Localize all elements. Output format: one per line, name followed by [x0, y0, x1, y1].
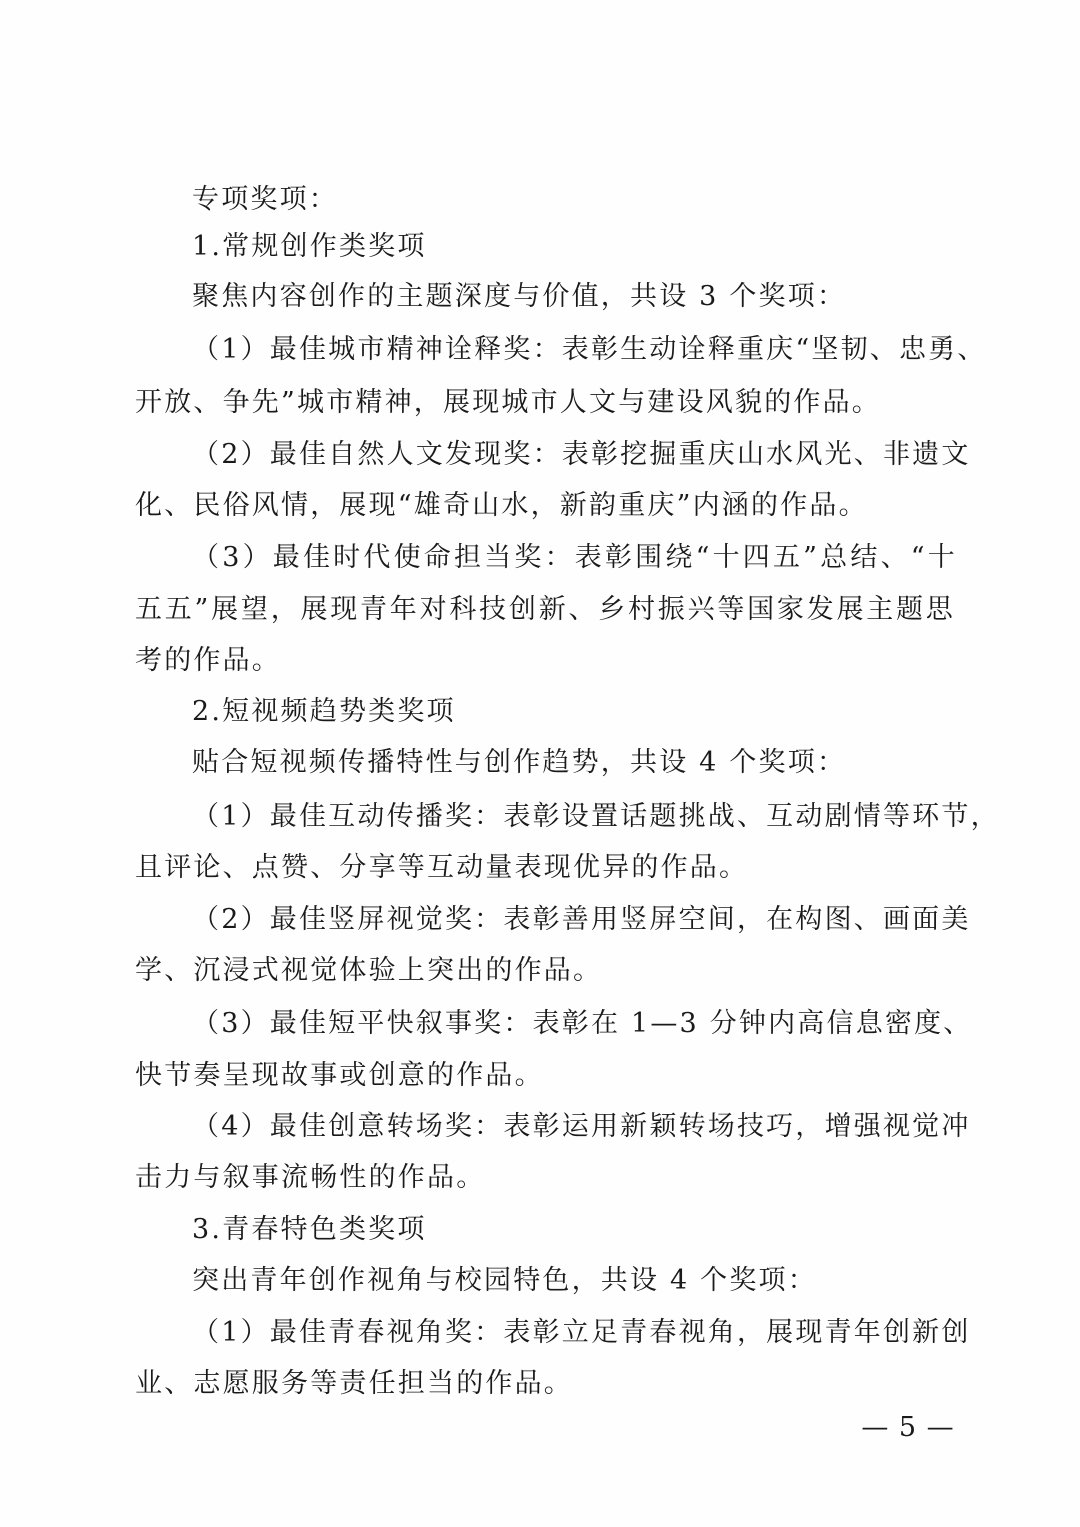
special-awards-heading: 专项奖项：: [192, 180, 957, 220]
award-item-line: 开放、争先”城市精神，展现城市人文与建设风貌的作品。: [135, 383, 955, 423]
award-item-line: 业、志愿服务等责任担当的作品。: [135, 1364, 955, 1404]
award-item-line: 学、沉浸式视觉体验上突出的作品。: [135, 951, 955, 991]
award-item-line: 五五”展望，展现青年对科技创新、乡村振兴等国家发展主题思: [135, 590, 955, 630]
award-item-line: （3）最佳短平快叙事奖：表彰在 1—3 分钟内高信息密度、: [192, 1004, 957, 1044]
section-title: 3.青春特色类奖项: [192, 1210, 957, 1250]
award-item-line: （4）最佳创意转场奖：表彰运用新颖转场技巧，增强视觉冲: [192, 1107, 957, 1147]
award-item-line: 且评论、点赞、分享等互动量表现优异的作品。: [135, 848, 955, 888]
award-item-line: 考的作品。: [135, 641, 955, 681]
page-number: — 5 —: [858, 1408, 958, 1448]
section-title: 2.短视频趋势类奖项: [192, 692, 957, 732]
award-item-line: （1）最佳青春视角奖：表彰立足青春视角，展现青年创新创: [192, 1313, 957, 1353]
award-item-line: （2）最佳竖屏视觉奖：表彰善用竖屏空间，在构图、画面美: [192, 900, 957, 940]
award-item-line: （1）最佳城市精神诠释奖：表彰生动诠释重庆“坚韧、忠勇、: [192, 330, 957, 370]
section-intro: 贴合短视频传播特性与创作趋势，共设 4 个奖项：: [192, 743, 957, 783]
award-item-line: 化、民俗风情，展现“雄奇山水，新韵重庆”内涵的作品。: [135, 486, 955, 526]
award-item-line: 快节奏呈现故事或创意的作品。: [135, 1056, 955, 1096]
award-item-line: （2）最佳自然人文发现奖：表彰挖掘重庆山水风光、非遗文: [192, 435, 957, 475]
award-item-line: 击力与叙事流畅性的作品。: [135, 1158, 955, 1198]
section-intro: 聚焦内容创作的主题深度与价值，共设 3 个奖项：: [192, 277, 957, 317]
award-item-line: （1）最佳互动传播奖：表彰设置话题挑战、互动剧情等环节，: [192, 797, 957, 837]
section-title: 1.常规创作类奖项: [192, 227, 957, 267]
section-intro: 突出青年创作视角与校园特色，共设 4 个奖项：: [192, 1261, 957, 1301]
award-item-line: （3）最佳时代使命担当奖：表彰围绕“十四五”总结、“十: [192, 538, 957, 578]
document-page: 专项奖项： 1.常规创作类奖项 聚焦内容创作的主题深度与价值，共设 3 个奖项：…: [0, 0, 1080, 1527]
